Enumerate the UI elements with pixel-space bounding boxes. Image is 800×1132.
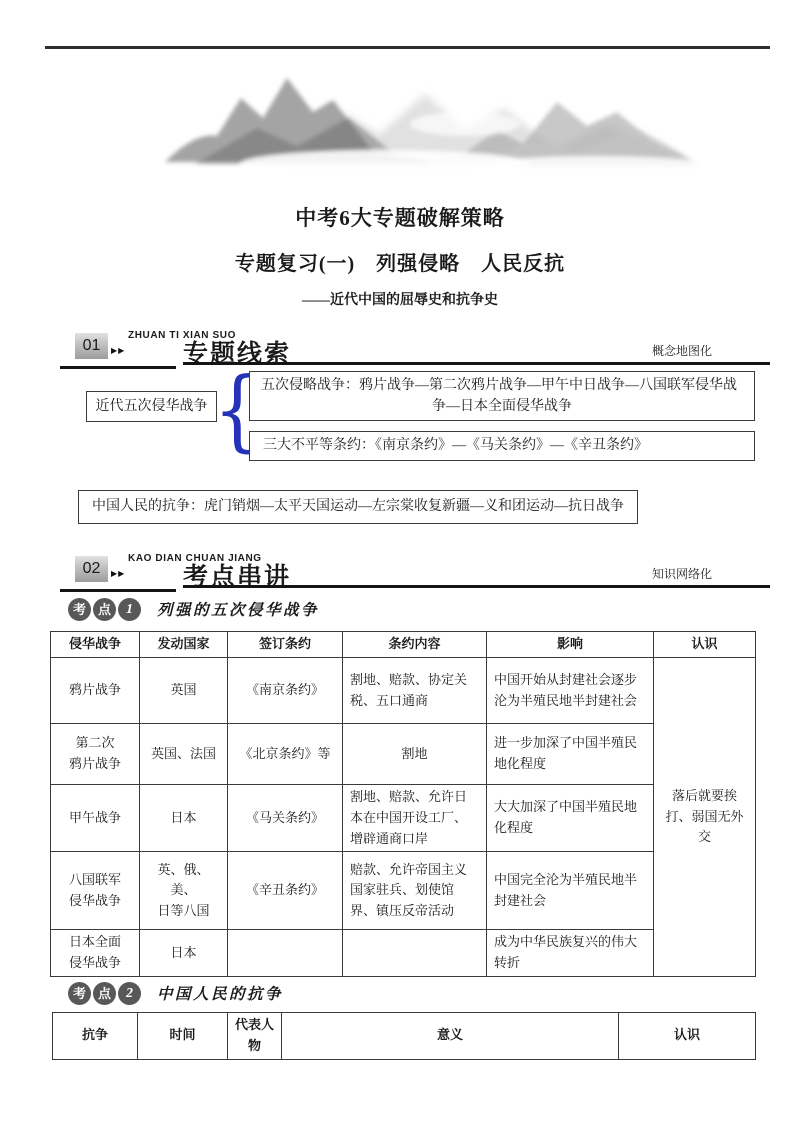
cell-treaty: 《南京条约》: [228, 658, 343, 724]
keypoint-2-heading: 考 点 2 中国人民的抗争: [68, 981, 283, 1005]
col-header: 认识: [654, 632, 756, 658]
col-header: 条约内容: [343, 632, 487, 658]
page-subtitle: 专题复习(一) 列强侵略 人民反抗: [0, 247, 800, 276]
table-row: 甲午战争 日本 《马关条约》 割地、赔款、允许日本在中国开设工厂、增辟通商口岸 …: [51, 785, 756, 852]
cell-content: 割地、赔款、允许日本在中国开设工厂、增辟通商口岸: [343, 785, 487, 852]
wars-line-1: 五次侵略战争：鸦片战争—第二次鸦片战争—甲午中日战争—八国联军侵华战: [261, 375, 743, 396]
keypoint-1-label: 列强的五次侵华战争: [157, 598, 319, 620]
resistance-table: 抗争 时间 代表人物 意义 认识: [52, 1012, 756, 1060]
cell-treaty: 《北京条约》等: [228, 724, 343, 785]
cell-impact: 大大加深了中国半殖民地化程度: [487, 785, 654, 852]
cell-war: 八国联军 侵华战争: [51, 852, 140, 930]
banner-rule-short: [60, 589, 176, 592]
cell-country: 日本: [140, 785, 228, 852]
cell-content: [343, 930, 487, 977]
cell-treaty: 《马关条约》: [228, 785, 343, 852]
badge-circle: 点: [93, 982, 116, 1005]
section-1-right-label: 概念地图化: [652, 342, 712, 359]
badge-circle: 点: [93, 598, 116, 621]
page-title: 中考6大专题破解策略: [0, 202, 800, 232]
col-header: 侵华战争: [51, 632, 140, 658]
cell-treaty: 《辛丑条约》: [228, 852, 343, 930]
table-header-row: 侵华战争 发动国家 签订条约 条约内容 影响 认识: [51, 632, 756, 658]
col-header: 代表人物: [228, 1013, 282, 1060]
document-page: 中考6大专题破解策略 专题复习(一) 列强侵略 人民反抗 ——近代中国的屈辱史和…: [0, 0, 800, 1132]
ink-mountains-art: [135, 54, 715, 176]
cell-impact: 中国开始从封建社会逐步沦为半殖民地半封建社会: [487, 658, 654, 724]
cell-content: 割地: [343, 724, 487, 785]
double-arrow-icon: ▶▶: [111, 569, 125, 578]
cell-country: 英国、法国: [140, 724, 228, 785]
page-tagline: ——近代中国的屈辱史和抗争史: [0, 289, 800, 309]
section-2-right-label: 知识网络化: [652, 565, 712, 582]
table-row: 鸦片战争 英国 《南京条约》 割地、赔款、协定关税、五口通商 中国开始从封建社会…: [51, 658, 756, 724]
col-header: 发动国家: [140, 632, 228, 658]
col-header: 签订条约: [228, 632, 343, 658]
diagram-resistance-box: 中国人民的抗争：虎门销烟—太平天国运动—左宗棠收复新疆—义和团运动—抗日战争: [78, 490, 638, 524]
cell-country: 英国: [140, 658, 228, 724]
cell-insight-merged: 落后就要挨打、弱国无外交: [654, 658, 756, 977]
section-banner-2: 02 ▶▶ KAO DIAN CHUAN JIANG 考点串讲 知识网络化: [60, 553, 770, 587]
cell-country: 英、俄、美、 日等八国: [140, 852, 228, 930]
banner-rule-short: [60, 366, 176, 369]
col-header: 意义: [282, 1013, 619, 1060]
section-banner-1: 01 ▶▶ ZHUAN TI XIAN SUO 专题线索 概念地图化: [60, 330, 770, 364]
cell-war: 甲午战争: [51, 785, 140, 852]
table-row: 日本全面 侵华战争 日本 成为中华民族复兴的伟大转折: [51, 930, 756, 977]
col-header: 认识: [619, 1013, 756, 1060]
diagram-root-box: 近代五次侵华战争: [86, 391, 217, 422]
top-divider-rule: [45, 46, 770, 49]
banner-rule: [183, 362, 770, 365]
badge-circle: 考: [68, 982, 91, 1005]
wars-line-2: 争—日本全面侵华战争: [261, 396, 743, 417]
cell-impact: 成为中华民族复兴的伟大转折: [487, 930, 654, 977]
table-row: 八国联军 侵华战争 英、俄、美、 日等八国 《辛丑条约》 赔款、允许帝国主义国家…: [51, 852, 756, 930]
cell-content: 赔款、允许帝国主义国家驻兵、划使馆界、镇压反帝活动: [343, 852, 487, 930]
table-header-row: 抗争 时间 代表人物 意义 认识: [53, 1013, 756, 1060]
keypoint-1-heading: 考 点 1 列强的五次侵华战争: [68, 597, 319, 621]
cell-country: 日本: [140, 930, 228, 977]
badge-circle-number: 1: [118, 598, 141, 621]
cell-treaty: [228, 930, 343, 977]
cell-content: 割地、赔款、协定关税、五口通商: [343, 658, 487, 724]
cell-war: 鸦片战争: [51, 658, 140, 724]
diagram-wars-box: 五次侵略战争：鸦片战争—第二次鸦片战争—甲午中日战争—八国联军侵华战 争—日本全…: [249, 371, 755, 421]
badge-circle-number: 2: [118, 982, 141, 1005]
cell-impact: 中国完全沦为半殖民地半封建社会: [487, 852, 654, 930]
double-arrow-icon: ▶▶: [111, 346, 125, 355]
cell-war: 日本全面 侵华战争: [51, 930, 140, 977]
col-header: 抗争: [53, 1013, 138, 1060]
section-2-number: 02: [75, 556, 108, 582]
table-row: 第二次 鸦片战争 英国、法国 《北京条约》等 割地 进一步加深了中国半殖民地化程…: [51, 724, 756, 785]
col-header: 影响: [487, 632, 654, 658]
badge-circle: 考: [68, 598, 91, 621]
col-header: 时间: [138, 1013, 228, 1060]
banner-rule: [183, 585, 770, 588]
cell-impact: 进一步加深了中国半殖民地化程度: [487, 724, 654, 785]
cell-war: 第二次 鸦片战争: [51, 724, 140, 785]
diagram-treaties-box: 三大不平等条约：《南京条约》—《马关条约》—《辛丑条约》: [249, 431, 755, 461]
section-1-number: 01: [75, 333, 108, 359]
keypoint-2-label: 中国人民的抗争: [157, 982, 283, 1004]
invasion-wars-table: 侵华战争 发动国家 签订条约 条约内容 影响 认识 鸦片战争 英国 《南京条约》…: [50, 631, 756, 977]
